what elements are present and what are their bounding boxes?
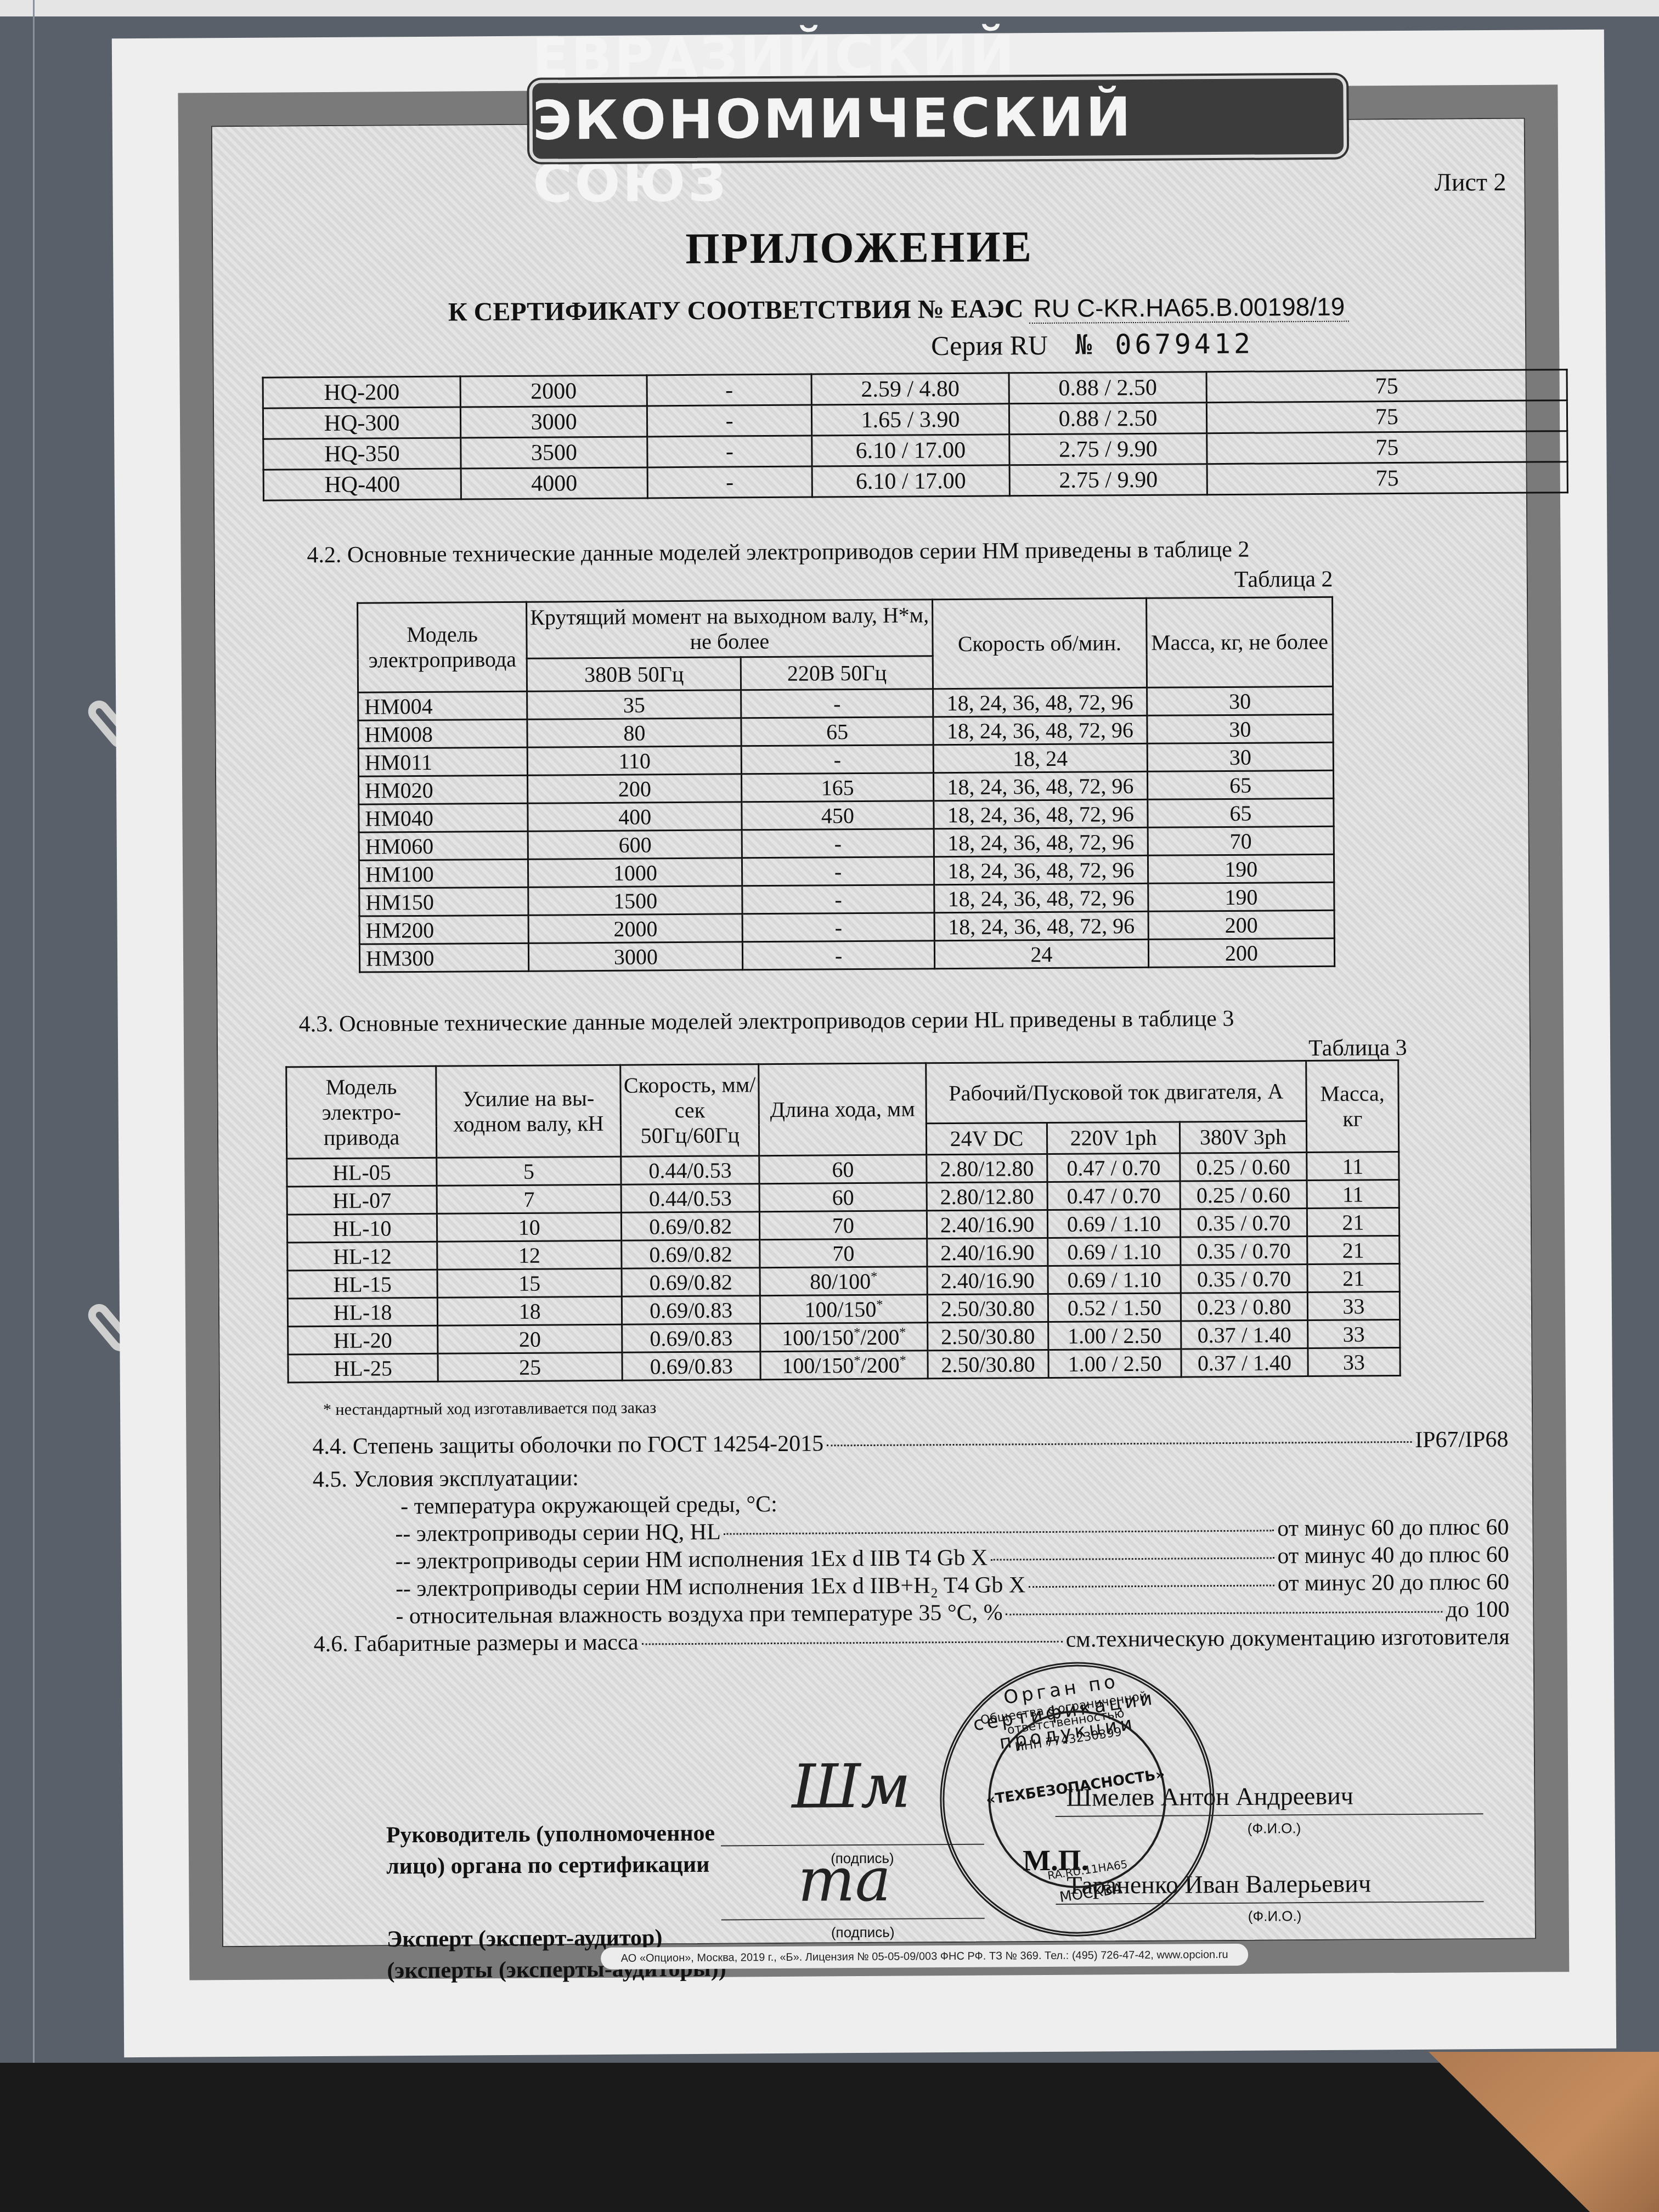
condition-value: от минус 60 до плюс 60 bbox=[1277, 1514, 1509, 1542]
table-cell: - bbox=[742, 885, 934, 914]
table-cell: 0.25 / 0.60 bbox=[1180, 1153, 1307, 1181]
col-current: Рабочий/Пусковой ток двигателя, А bbox=[926, 1061, 1306, 1124]
table-cell: 75 bbox=[1206, 400, 1567, 433]
table-cell: - bbox=[647, 436, 812, 467]
table-cell: 2.59 / 4.80 bbox=[811, 373, 1009, 405]
table-cell: 0.52 / 1.50 bbox=[1048, 1293, 1181, 1322]
table-cell: 2.80/12.80 bbox=[927, 1182, 1048, 1210]
table-cell: 0.69/0.83 bbox=[622, 1296, 760, 1325]
table-cell: - bbox=[742, 745, 934, 774]
table-cell: 18, 24, 36, 48, 72, 96 bbox=[934, 855, 1148, 884]
table-cell: 25 bbox=[438, 1352, 622, 1381]
table-cell: 1500 bbox=[528, 886, 743, 915]
table-cell: 1.65 / 3.90 bbox=[811, 404, 1009, 436]
certificate-sheet: ЕВРАЗИЙСКИЙ ЭКОНОМИЧЕСКИЙ СОЮЗ Лист 2 ПР… bbox=[112, 30, 1616, 2058]
condition-label: -- электроприводы серии НМ исполнения 1E… bbox=[396, 1572, 1025, 1602]
condition-value: до 100 bbox=[1446, 1596, 1509, 1623]
printer-imprint: АО «Опцион», Москва, 2019 г., «Б». Лицен… bbox=[601, 1944, 1248, 1970]
table-cell: 75 bbox=[1207, 431, 1567, 464]
table-cell: 18, 24, 36, 48, 72, 96 bbox=[933, 799, 1148, 828]
table-cell: 1.00 / 2.50 bbox=[1048, 1321, 1181, 1350]
table-cell: - bbox=[743, 941, 935, 970]
table-cell: 33 bbox=[1307, 1320, 1400, 1348]
table-cell: 100/150*/200* bbox=[760, 1351, 928, 1380]
table-cell: 0.69/0.82 bbox=[622, 1212, 760, 1241]
table-cell: 165 bbox=[742, 773, 934, 802]
table-cell: HQ-350 bbox=[263, 438, 461, 470]
table-cell: 2.75 / 9.90 bbox=[1009, 433, 1207, 465]
table-cell: 2.40/16.90 bbox=[927, 1238, 1048, 1266]
table-cell: HQ-300 bbox=[263, 407, 460, 439]
table-cell: HM200 bbox=[359, 915, 528, 944]
name-caption: (Ф.И.О.) bbox=[1248, 1908, 1302, 1925]
table-cell: 0.88 / 2.50 bbox=[1009, 403, 1206, 435]
table-cell: HM011 bbox=[358, 747, 527, 776]
signature-caption: (подпись) bbox=[831, 1924, 895, 1942]
table-cell: 100/150* bbox=[760, 1295, 927, 1324]
table-cell: 12 bbox=[437, 1240, 622, 1269]
table-cell: 18, 24, 36, 48, 72, 96 bbox=[934, 827, 1148, 856]
page-title: ПРИЛОЖЕНИЕ bbox=[113, 219, 1606, 278]
table-cell: 2.40/16.90 bbox=[927, 1266, 1048, 1294]
col-force: Усилие на вы-ходном валу, кН bbox=[436, 1065, 621, 1158]
table-cell: 21 bbox=[1307, 1264, 1400, 1293]
wooden-table-corner bbox=[1429, 2052, 1659, 2212]
table-cell: - bbox=[742, 829, 934, 858]
table-cell: HL-20 bbox=[288, 1325, 438, 1355]
table-cell: HM020 bbox=[359, 775, 528, 804]
table-cell: 2.75 / 9.90 bbox=[1009, 464, 1207, 496]
table-cell: 2.50/30.80 bbox=[927, 1294, 1048, 1322]
table-cell: HL-12 bbox=[287, 1242, 437, 1271]
table-cell: HL-15 bbox=[287, 1269, 437, 1299]
table-cell: 75 bbox=[1206, 370, 1567, 403]
table-cell: 400 bbox=[528, 802, 742, 831]
head-signature: Шм bbox=[792, 1751, 911, 1822]
table-cell: 3000 bbox=[460, 406, 647, 438]
table-cell: - bbox=[647, 405, 811, 437]
name-caption: (Ф.И.О.) bbox=[1248, 1820, 1301, 1837]
hq-series-table: HQ-2002000-2.59 / 4.800.88 / 2.5075HQ-30… bbox=[262, 369, 1568, 501]
table-cell: 11 bbox=[1307, 1152, 1399, 1181]
table-cell: HL-10 bbox=[287, 1214, 437, 1243]
table-cell: 7 bbox=[437, 1184, 621, 1214]
table-cell: 10 bbox=[437, 1212, 621, 1242]
table-cell: 18, 24 bbox=[933, 743, 1148, 772]
table-cell: 0.25 / 0.60 bbox=[1180, 1181, 1307, 1209]
table-cell: 2000 bbox=[460, 375, 647, 407]
table-cell: 200 bbox=[528, 774, 742, 803]
certificate-reference: К СЕРТИФИКАТУ СООТВЕТСТВИЯ № ЕАЭСRU C-KR… bbox=[448, 292, 1350, 328]
table-cell: 0.47 / 0.70 bbox=[1047, 1181, 1180, 1210]
table-cell: 0.37 / 1.40 bbox=[1181, 1321, 1307, 1349]
table-cell: HL-07 bbox=[287, 1186, 437, 1215]
table-cell: 0.69/0.83 bbox=[622, 1352, 760, 1381]
table-cell: 0.69 / 1.10 bbox=[1048, 1209, 1181, 1238]
col-24v: 24V DC bbox=[926, 1122, 1047, 1154]
condition-value: от минус 40 до плюс 60 bbox=[1277, 1542, 1509, 1570]
table-cell: 0.69/0.83 bbox=[622, 1324, 760, 1353]
table-cell: - bbox=[742, 857, 934, 886]
table-cell: HQ-400 bbox=[263, 469, 461, 500]
table-cell: 450 bbox=[742, 801, 934, 830]
table-cell: 0.44/0.53 bbox=[621, 1156, 759, 1185]
table-cell: HM300 bbox=[359, 943, 528, 972]
table-cell: 30 bbox=[1147, 714, 1333, 743]
table-cell: 190 bbox=[1148, 882, 1334, 911]
section-4-6-label: 4.6. Габаритные размеры и масса bbox=[314, 1629, 639, 1658]
table-cell: 0.35 / 0.70 bbox=[1181, 1237, 1307, 1265]
certificate-number: RU C-KR.HA65.B.00198/19 bbox=[1029, 292, 1349, 324]
table-cell: - bbox=[647, 374, 811, 406]
table-cell: 21 bbox=[1307, 1208, 1399, 1237]
col-mass: Масса, кг bbox=[1306, 1060, 1399, 1153]
table-cell: HM060 bbox=[359, 831, 528, 860]
table-cell: 18, 24, 36, 48, 72, 96 bbox=[934, 883, 1148, 912]
table-cell: 6.10 / 17.00 bbox=[812, 465, 1009, 497]
table-cell: 100/150*/200* bbox=[760, 1323, 928, 1352]
table-cell: 5 bbox=[437, 1156, 621, 1186]
col-speed: Скорость об/мин. bbox=[932, 598, 1147, 689]
table-cell: HL-05 bbox=[287, 1158, 437, 1187]
section-4-6-value: см.техническую документацию изготовителя bbox=[1065, 1624, 1509, 1653]
table-cell: 60 bbox=[759, 1183, 927, 1212]
col-380v: 380В 50Гц bbox=[527, 657, 741, 691]
series-label: Серия RU bbox=[931, 330, 1048, 361]
col-torque: Крутящий момент на выходном валу, Н*м, н… bbox=[527, 600, 933, 659]
table-cell: 2000 bbox=[528, 914, 743, 943]
table-cell: 35 bbox=[527, 690, 742, 719]
col-model: Модель электро-привода bbox=[286, 1066, 437, 1159]
col-380v: 380V 3ph bbox=[1180, 1121, 1306, 1153]
col-mass: Масса, кг, не более bbox=[1147, 597, 1333, 687]
table-cell: 0.69/0.82 bbox=[622, 1240, 760, 1269]
certificate-prefix: К СЕРТИФИКАТУ СООТВЕТСТВИЯ № ЕАЭС bbox=[448, 294, 1024, 326]
table-cell: HQ-200 bbox=[263, 376, 460, 408]
table-cell: 2.80/12.80 bbox=[926, 1154, 1047, 1182]
series-line: Серия RU№ 0679412 bbox=[931, 328, 1254, 362]
table-cell: 200 bbox=[1148, 938, 1334, 967]
table-cell: 0.35 / 0.70 bbox=[1180, 1209, 1307, 1237]
section-4-4-value: IP67/IP68 bbox=[1415, 1426, 1509, 1453]
table-cell: 3000 bbox=[529, 942, 743, 971]
series-number: № 0679412 bbox=[1075, 328, 1254, 361]
col-220v: 220В 50Гц bbox=[741, 656, 933, 690]
table-cell: 3500 bbox=[461, 437, 647, 469]
sheet-number: Лист 2 bbox=[1434, 167, 1506, 197]
table-cell: 65 bbox=[741, 717, 933, 746]
table-cell: 24 bbox=[934, 939, 1149, 968]
table-cell: 2.50/30.80 bbox=[927, 1322, 1048, 1350]
table-cell: HM150 bbox=[359, 887, 528, 916]
col-speed: Скорость, мм/сек 50Гц/60Гц bbox=[620, 1064, 759, 1157]
table-cell: 6.10 / 17.00 bbox=[812, 435, 1009, 466]
table-cell: 1.00 / 2.50 bbox=[1048, 1349, 1181, 1378]
condition-value: от минус 20 до плюс 60 bbox=[1278, 1569, 1510, 1597]
table-cell: 33 bbox=[1307, 1292, 1400, 1321]
table-cell: 0.88 / 2.50 bbox=[1009, 372, 1206, 404]
table-cell: 70 bbox=[760, 1211, 927, 1240]
table-cell: 4000 bbox=[461, 467, 647, 499]
seal-label: М.П. bbox=[1023, 1843, 1088, 1878]
table-cell: 75 bbox=[1207, 462, 1567, 495]
table-cell: HM008 bbox=[358, 719, 527, 748]
table-cell: 0.44/0.53 bbox=[621, 1184, 759, 1213]
head-of-body-label: Руководитель (уполномоченное лицо) орган… bbox=[386, 1818, 715, 1882]
col-220v: 220V 1ph bbox=[1047, 1122, 1180, 1154]
table-3-caption: Таблица 3 bbox=[1308, 1035, 1407, 1062]
table-cell: 65 bbox=[1147, 770, 1333, 799]
table-cell: 190 bbox=[1148, 854, 1334, 883]
temperature-label: - температура окружающей среды, °С: bbox=[400, 1491, 777, 1520]
hm-series-table: Модель электропривода Крутящий момент на… bbox=[357, 596, 1335, 973]
table-cell: 0.37 / 1.40 bbox=[1181, 1348, 1308, 1377]
section-4-4-label: 4.4. Степень защиты оболочки по ГОСТ 142… bbox=[312, 1430, 823, 1460]
table-cell: 0.35 / 0.70 bbox=[1181, 1265, 1307, 1293]
table-cell: 200 bbox=[1148, 910, 1334, 939]
table-cell: 30 bbox=[1147, 742, 1333, 771]
col-stroke: Длина хода, мм bbox=[759, 1063, 927, 1156]
table-cell: 20 bbox=[438, 1324, 622, 1353]
table-cell: 0.69 / 1.10 bbox=[1048, 1237, 1181, 1266]
table-cell: 11 bbox=[1307, 1180, 1399, 1209]
section-4-5-label: 4.5. Условия эксплуатации: bbox=[313, 1465, 579, 1493]
table-cell: HM004 bbox=[358, 691, 527, 720]
table-cell: HM100 bbox=[359, 859, 528, 888]
table-cell: 0.47 / 0.70 bbox=[1047, 1153, 1180, 1182]
table-cell: - bbox=[741, 689, 933, 718]
table-cell: 18, 24, 36, 48, 72, 96 bbox=[933, 687, 1147, 716]
table-cell: 21 bbox=[1307, 1236, 1400, 1265]
table-cell: 60 bbox=[759, 1155, 927, 1184]
table-cell: 18, 24, 36, 48, 72, 96 bbox=[934, 911, 1149, 940]
table-cell: 18, 24, 36, 48, 72, 96 bbox=[933, 771, 1148, 800]
table-cell: 0.23 / 0.80 bbox=[1181, 1293, 1307, 1321]
table-cell: HM040 bbox=[359, 803, 528, 832]
table-cell: 600 bbox=[528, 830, 742, 859]
condition-label: -- электроприводы серии HQ, HL bbox=[395, 1519, 721, 1548]
table-cell: 65 bbox=[1148, 798, 1334, 827]
table-row: HM3003000-24200 bbox=[359, 938, 1334, 972]
expert-signature: ma bbox=[798, 1844, 891, 1915]
table-cell: - bbox=[743, 913, 935, 942]
table-cell: 15 bbox=[437, 1268, 622, 1297]
table-cell: 110 bbox=[527, 746, 742, 775]
condition-label: - относительная влажность воздуха при те… bbox=[396, 1599, 1003, 1629]
table-cell: - bbox=[647, 466, 812, 498]
folder-top-edge bbox=[0, 0, 1659, 16]
table-cell: 2.40/16.90 bbox=[927, 1210, 1048, 1238]
table-cell: 0.69/0.82 bbox=[622, 1268, 760, 1297]
table-2-caption: Таблица 2 bbox=[1234, 566, 1333, 593]
table-cell: 18 bbox=[437, 1296, 622, 1325]
table-cell: 1000 bbox=[528, 858, 743, 887]
table-cell: 33 bbox=[1308, 1348, 1400, 1376]
table-cell: 80/100* bbox=[760, 1267, 927, 1296]
condition-label: -- электроприводы серии НМ исполнения 1E… bbox=[396, 1545, 988, 1575]
table-cell: 70 bbox=[1148, 826, 1334, 855]
table-cell: 30 bbox=[1147, 686, 1333, 715]
table-3-footnote: * нестандартный ход изготавливается под … bbox=[323, 1398, 656, 1419]
col-model: Модель электропривода bbox=[358, 602, 527, 692]
hl-series-table: Модель электро-привода Усилие на вы-ходн… bbox=[285, 1059, 1401, 1383]
table-cell: 80 bbox=[527, 718, 742, 747]
eaeu-banner: ЕВРАЗИЙСКИЙ ЭКОНОМИЧЕСКИЙ СОЮЗ bbox=[529, 75, 1347, 162]
table-cell: 0.69 / 1.10 bbox=[1048, 1265, 1181, 1294]
table-cell: 18, 24, 36, 48, 72, 96 bbox=[933, 715, 1148, 744]
table-cell: 70 bbox=[760, 1239, 927, 1268]
folder-fold-line bbox=[33, 0, 35, 2063]
table-cell: 2.50/30.80 bbox=[928, 1350, 1049, 1378]
table-cell: HL-25 bbox=[288, 1353, 438, 1383]
table-cell: HL-18 bbox=[287, 1297, 437, 1327]
